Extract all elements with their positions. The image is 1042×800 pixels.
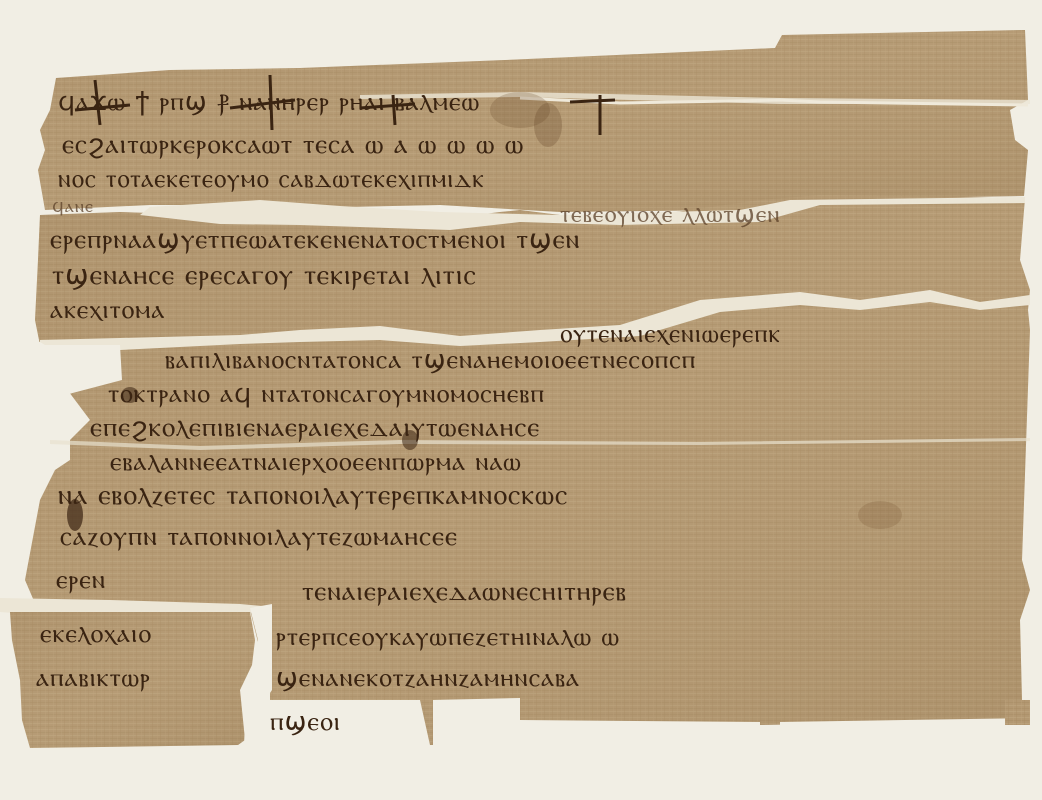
text-line: ⲁⲕⲉⲭⲓⲧⲟⲙⲁ	[50, 295, 165, 325]
text-line: ⲉⲃⲁⲗⲁⲛⲛⲉⲉⲁⲧⲛⲁⲓⲉⲣⲭⲟⲟⲉⲉⲛⲡⲱⲣⲙⲁ ⲛⲁⲱ	[110, 447, 522, 477]
text-line: ⲥⲁⲍⲟⲩⲡⲛ ⲧⲁⲡⲟⲛⲛⲟⲓⲗⲁⲩⲧⲉⲍⲱⲙⲁⲏⲥⲉⲉ	[60, 521, 458, 552]
text-line: ⲉⲥϩⲁⲓⲧⲱⲣⲕⲉⲣⲟⲕⲥⲁⲱⲧ ⲧⲉⲥⲁ ⲱ ⲁ ⲱ ⲱ ⲱ ⲱ	[62, 129, 524, 160]
text-line: ⲟⲩⲧⲉⲛⲁⲓⲉⲭⲉⲛⲓⲱⲉⲣⲉⲡⲕ	[560, 319, 781, 348]
text-line: ⲧⲉⲃⲉⲟⲩⲓⲟⲭⲉ ⲗⲗⲱⲧϣⲉⲛ	[560, 200, 781, 228]
photo-stage: ϥⲁϫⲱ ϯ ⲣⲡϣ ⳁ ⲛⲁⲛⲏⲣⲉⲣ ⲣⲏⲁⲓ ⲃⲁⲗⲙⲉⲱ ⲉⲥϩⲁⲓⲧⲱ…	[0, 0, 1042, 800]
text-line: ⲛⲟⲥ ⲧⲟⲧⲁⲉⲕⲉⲧⲉⲟⲩⲙⲟ ⲥⲁⲃⲇⲱⲧⲉⲕⲉⲭⲓⲡⲙⲓⲇⲕ	[58, 164, 485, 193]
text-line: ⲧϣⲉⲛⲁⲏⲥⲉ ⲉⲣⲉⲥⲁⲅⲟⲩ ⲧⲉⲕⲓⲣⲉⲧⲁⲓ ⲗⲓⲧⲓⲥ	[52, 258, 477, 291]
text-line: ⲡϣⲉⲟⲓ	[270, 707, 341, 737]
text-line: ⲉⲕⲉⲗⲟⲭⲁⲓⲟ	[40, 619, 152, 649]
stain	[534, 103, 562, 147]
stain	[858, 501, 902, 529]
text-line: ⲧⲉⲛⲁⲓⲉⲣⲁⲓⲉⲭⲉⲇⲁⲱⲛⲉⲥⲏⲓⲧⲏⲣⲉⲃ	[302, 576, 627, 607]
text-line: ⲛⲁ ⲉⲃⲟⲗⲍⲉⲧⲉⲥ ⲧⲁⲡⲟⲛⲟⲓⲗⲁⲩⲧⲉⲣⲉⲡⲕⲁⲙⲛⲟⲥⲕⲱⲥ	[58, 478, 568, 511]
text-line: ⲉⲣⲉⲛ	[56, 565, 106, 595]
text-line: ⲧⲟⲕⲧⲣⲁⲛⲟ ⲁϥ ⲛⲧⲁⲧⲟⲛⲥⲁⲅⲟⲩⲙⲛⲟⲙⲟⲥⲏⲉⲃⲡ	[108, 379, 545, 409]
text-line: ⲉⲣⲉⲡⲣⲛⲁⲁϣⲩⲉⲧⲡⲉⲱⲁⲧⲉⲕⲉⲛⲉⲛⲁⲧⲟⲥⲧⲙⲉⲛⲟⲓ ⲧϣⲉⲛ	[50, 224, 580, 255]
text-line: ⲃⲁⲡⲓⲗⲓⲃⲁⲛⲟⲥⲛⲧⲁⲧⲟⲛⲥⲁ ⲧϣⲉⲛⲁⲏⲉⲙⲟⲓⲟⲉⲉⲧⲛⲉⲥⲟⲡⲥ…	[165, 345, 696, 375]
text-line: ⲁⲡⲁⲃⲓⲕⲧⲱⲣ	[36, 663, 151, 693]
text-line: ϥⲁⲛⲉ	[52, 196, 94, 217]
papyrus-photograph: ϥⲁϫⲱ ϯ ⲣⲡϣ ⳁ ⲛⲁⲛⲏⲣⲉⲣ ⲣⲏⲁⲓ ⲃⲁⲗⲙⲉⲱ ⲉⲥϩⲁⲓⲧⲱ…	[0, 0, 1042, 800]
text-line: ⲉⲡⲉϩⲕⲟⲗⲉⲡⲓⲃⲓⲉⲛⲁⲉⲣⲁⲓⲉⲭⲉⲇⲁⲓⲩⲧⲱⲉⲛⲁⲏⲥⲉ	[90, 412, 540, 443]
text-line: ⲣⲧⲉⲣⲡⲥⲉⲟⲩⲕⲁⲩⲱⲡⲉⲍⲉⲧⲏⲓⲛⲁⲗⲱ ⲱ	[276, 622, 620, 652]
text-line: ϣⲉⲛⲁⲛⲉⲕⲟⲧⲍⲁⲏⲛⲍⲁⲙⲏⲛⲥⲁⲃⲁ	[276, 663, 580, 693]
